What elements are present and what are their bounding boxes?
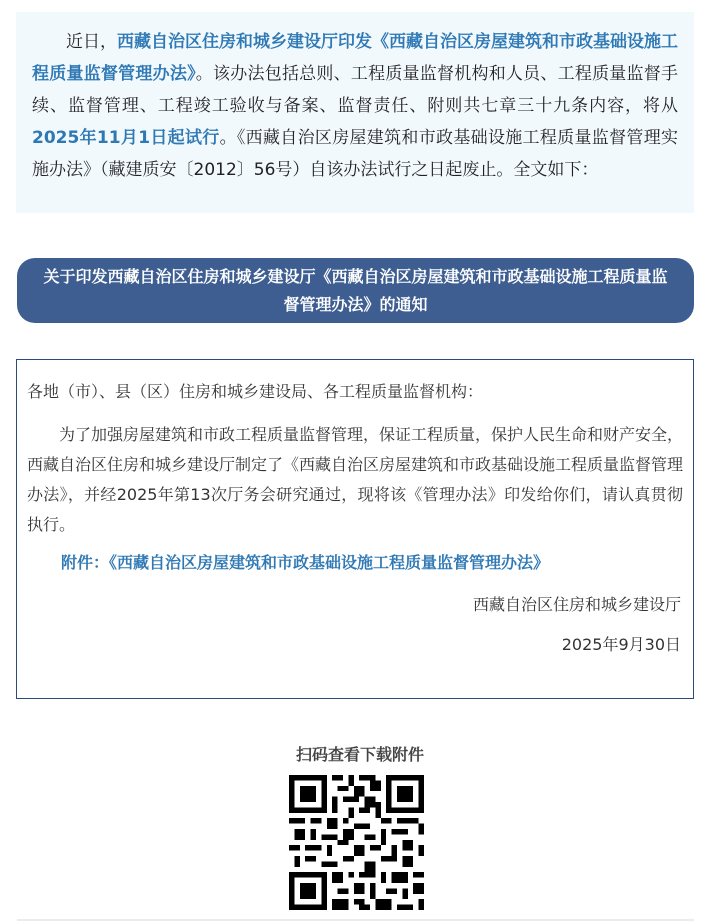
qr-caption: 扫码查看下载附件 bbox=[0, 742, 720, 765]
intro-paragraph: 近日，西藏自治区住房和城乡建设厅印发《西藏自治区房屋建筑和市政基础设施工程质量监… bbox=[32, 26, 678, 186]
qr-code-icon[interactable] bbox=[289, 775, 424, 910]
intro-text: 近日， bbox=[66, 32, 117, 52]
notice-box: 各地（市）、县（区）住房和城乡建设局、各工程质量监督机构： 为了加强房屋建筑和市… bbox=[16, 359, 694, 699]
intro-summary: 近日，西藏自治区住房和城乡建设厅印发《西藏自治区房屋建筑和市政基础设施工程质量监… bbox=[16, 12, 694, 213]
notice-salutation: 各地（市）、县（区）住房和城乡建设局、各工程质量监督机构： bbox=[27, 378, 683, 406]
notice-title-banner: 关于印发西藏自治区住房和城乡建设厅《西藏自治区房屋建筑和市政基础设施工程质量监督… bbox=[17, 258, 694, 323]
intro-highlight-date: 2025年11月1日起试行 bbox=[32, 128, 220, 148]
notice-title: 关于印发西藏自治区住房和城乡建设厅《西藏自治区房屋建筑和市政基础设施工程质量监督… bbox=[37, 263, 674, 319]
notice-signature: 西藏自治区住房和城乡建设厅 bbox=[27, 590, 683, 620]
notice-body: 为了加强房屋建筑和市政工程质量监督管理，保证工程质量，保护人民生命和财产安全，西… bbox=[27, 420, 683, 540]
notice-date: 2025年9月30日 bbox=[27, 630, 683, 660]
attachment-link[interactable]: 附件：《西藏自治区房屋建筑和市政基础设施工程质量监督管理办法》 bbox=[27, 548, 683, 578]
bottom-divider bbox=[17, 919, 694, 921]
